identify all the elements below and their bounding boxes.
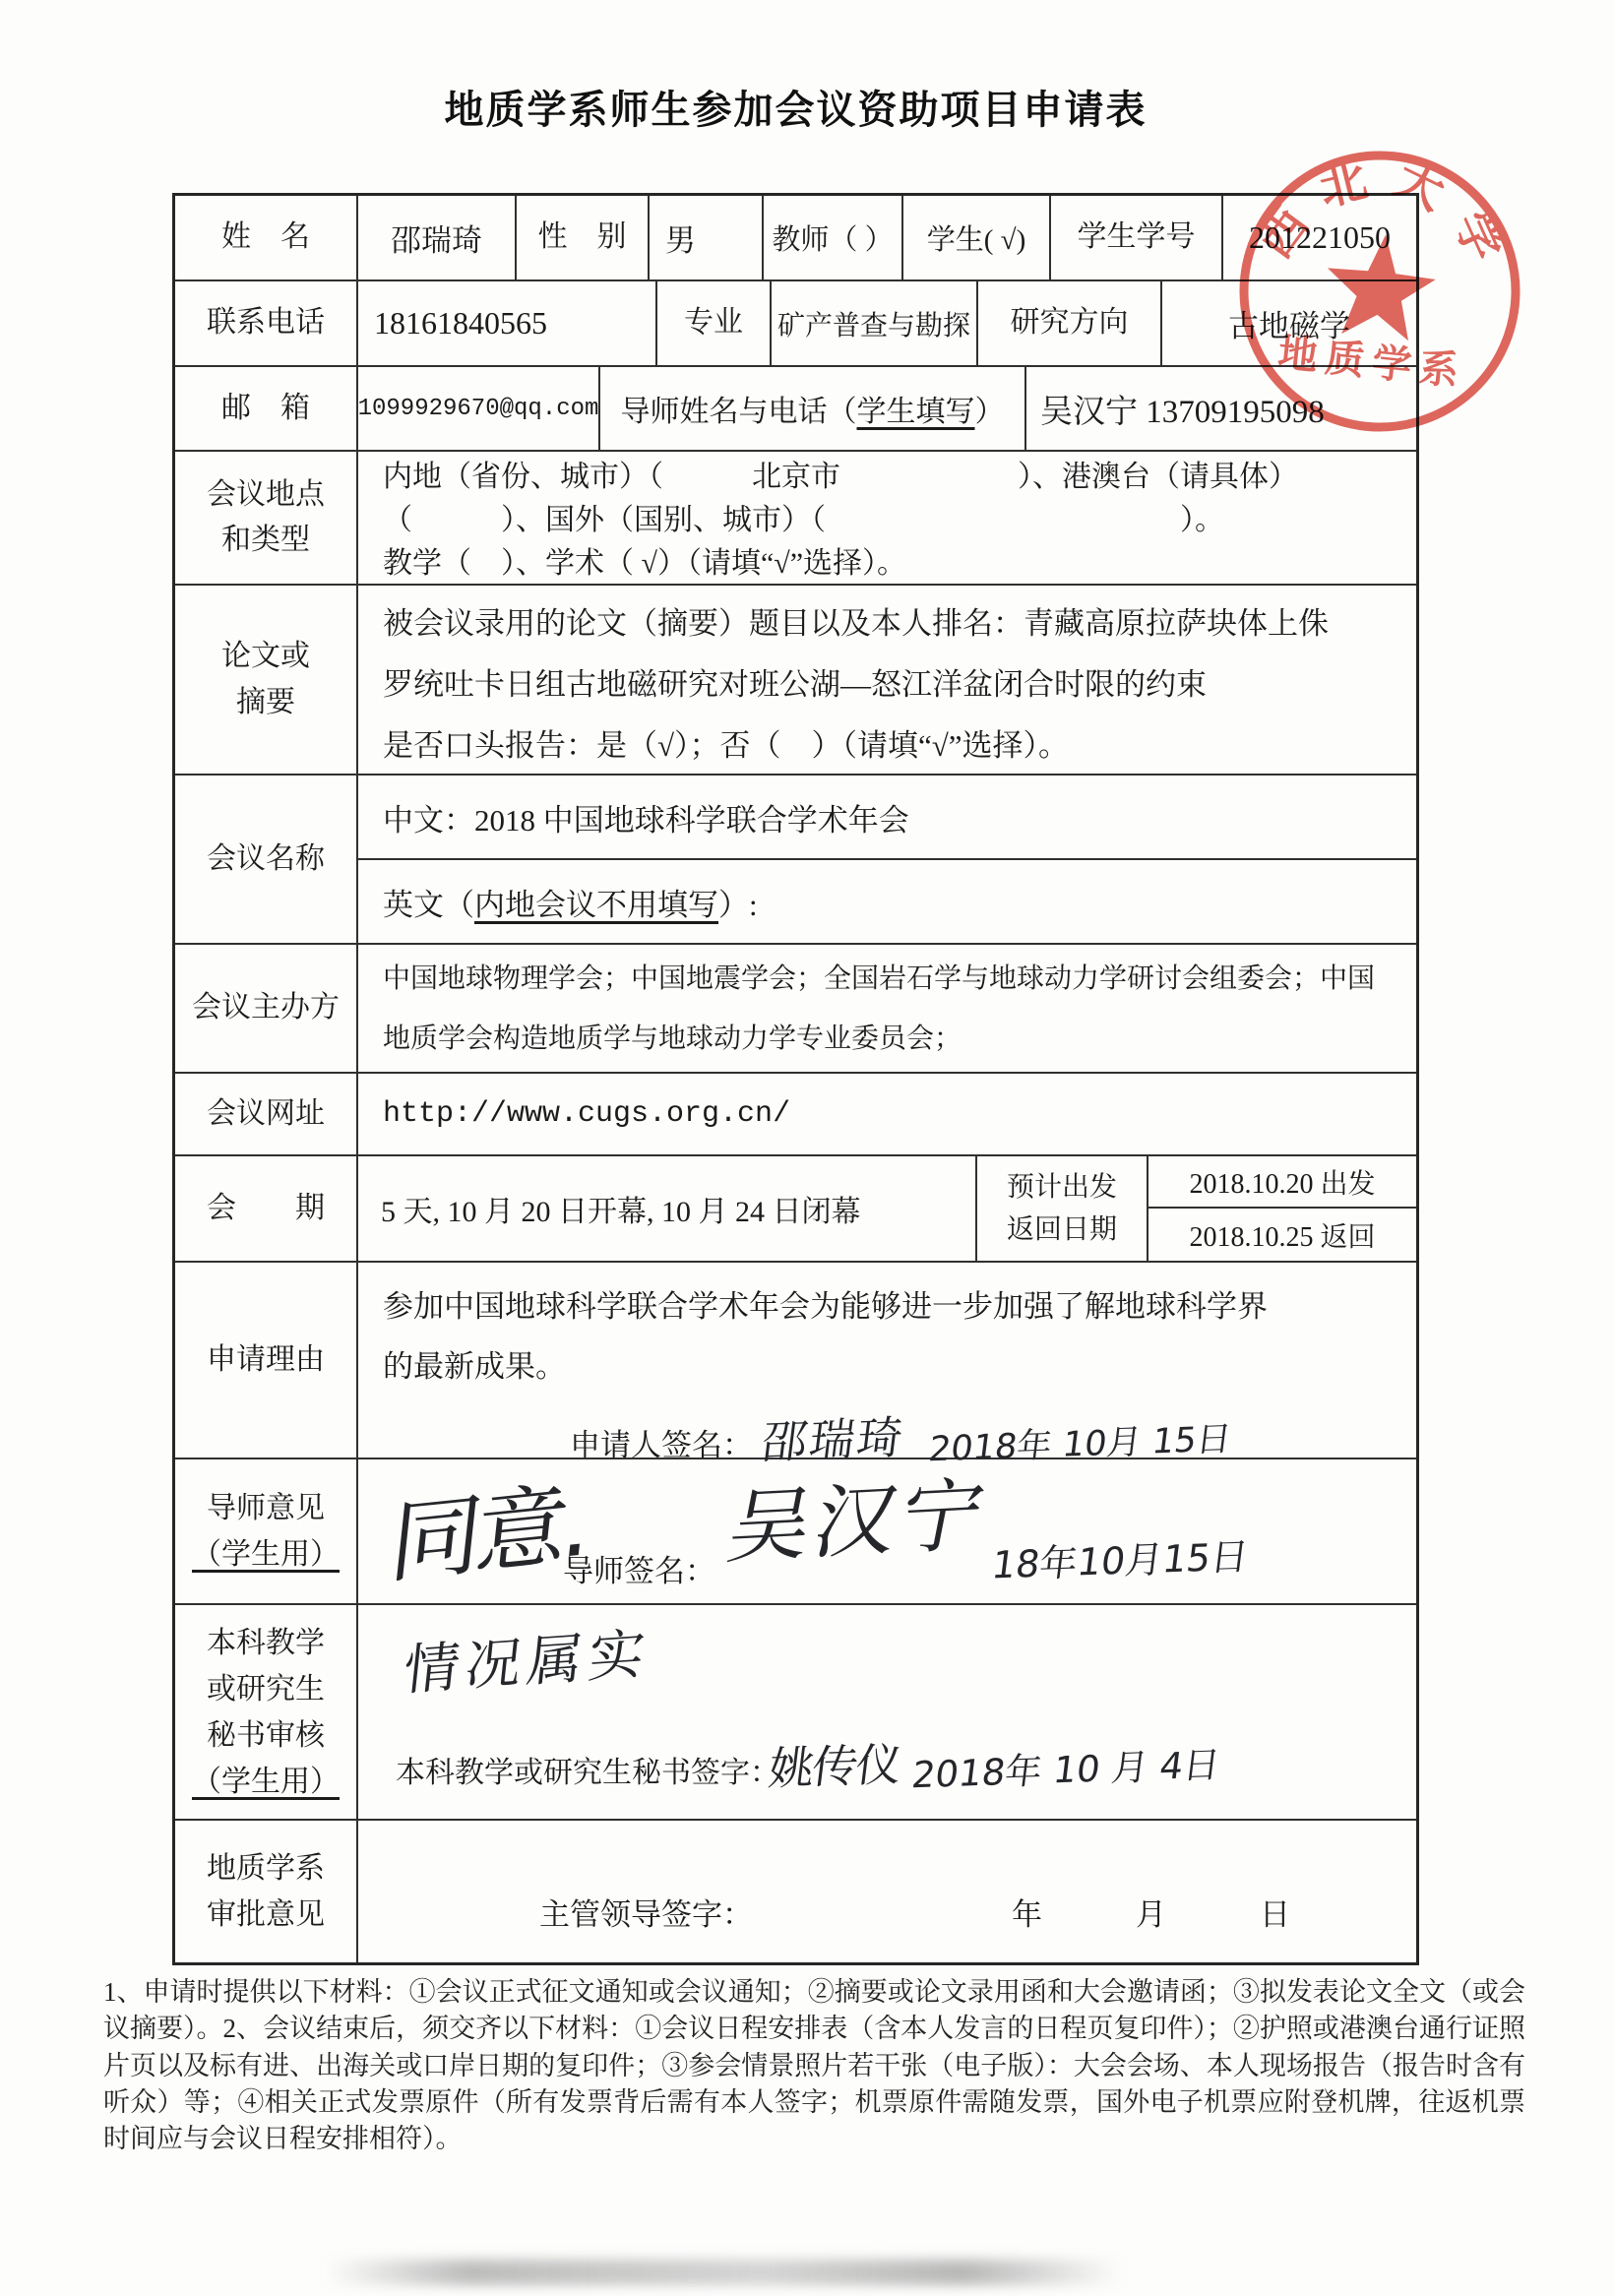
row-department-approval: 地质学系 审批意见 主管领导签字： 年 月 日	[175, 1821, 1416, 1962]
website-label: 会议网址	[175, 1074, 358, 1154]
reason-label: 申请理由	[175, 1263, 358, 1458]
type-line-teaching-academic: 教学（ ）、学术（ √）（请填“√”选择）。	[383, 542, 1406, 586]
major-value: 矿产普查与勘探	[772, 281, 978, 365]
form-title: 地质学系师生参加会议资助项目申请表	[172, 79, 1419, 135]
conference-name-content: 中文：2018 中国地球科学联合学术年会 英文（内地会议不用填写）:	[358, 776, 1416, 943]
row-location-type: 会议地点 和类型 内地（省份、城市）（ 北京市 ）、港澳台（请具体） （ ）、国…	[175, 452, 1416, 586]
leader-sign-label: 主管领导签字：	[539, 1890, 753, 1934]
en-label-pre: 英文（	[383, 880, 474, 924]
row-organizer: 会议主办方 中国地球物理学会；中国地震学会；全国岩石学与地球动力学研讨会组委会；…	[175, 945, 1416, 1074]
email-value: 1099929670@qq.com	[358, 367, 600, 450]
department-approval-label: 地质学系 审批意见	[175, 1821, 358, 1962]
phone-label: 联系电话	[175, 281, 358, 365]
student-id-value: 201221050	[1223, 196, 1416, 279]
phone-value: 18161840565	[358, 281, 657, 365]
secretary-review-label: 本科教学 或研究生 秘书审核 （学生用）	[175, 1605, 358, 1819]
direction-value: 古地磁学	[1162, 281, 1416, 365]
advisor-opinion-label-line1: 导师意见	[207, 1485, 325, 1531]
row-reason: 申请理由 参加中国地球科学联合学术年会为能够进一步加强了解地球科学界 的最新成果…	[175, 1263, 1416, 1459]
scan-smudge-artifact	[325, 2260, 1122, 2285]
row-schedule: 会 期 5 天, 10 月 20 日开幕, 10 月 24 日闭幕 预计出发 返…	[175, 1156, 1416, 1263]
travel-dates-label: 预计出发 返回日期	[977, 1156, 1148, 1261]
row-conference-name: 会议名称 中文：2018 中国地球科学联合学术年会 英文（内地会议不用填写）:	[175, 776, 1416, 945]
student-checkbox: 学生( √)	[903, 196, 1051, 279]
secretary-sign-label: 本科教学或研究生秘书签字：	[396, 1748, 779, 1791]
paper-abstract-label: 论文或 摘要	[175, 586, 358, 774]
organizer-value: 中国地球物理学会；中国地震学会；全国岩石学与地球动力学研讨会组委会；中国 地质学…	[358, 945, 1416, 1072]
department-approval-content: 主管领导签字： 年 月 日	[358, 1821, 1416, 1962]
location-type-content: 内地（省份、城市）（ 北京市 ）、港澳台（请具体） （ ）、国外（国别、城市）（…	[358, 452, 1416, 584]
travel-dates: 2018.10.20 出发 2018.10.25 返回	[1148, 1156, 1416, 1261]
reason-content: 参加中国地球科学联合学术年会为能够进一步加强了解地球科学界 的最新成果。 申请人…	[358, 1263, 1416, 1458]
secretary-signature: 姚传仪	[766, 1729, 904, 1799]
applicant-sign-label: 申请人签名：	[570, 1420, 753, 1464]
advisor-sign-label: 导师签名：	[563, 1546, 715, 1590]
advisor-opinion-label: 导师意见 （学生用）	[175, 1459, 358, 1603]
conference-name-cn: 中文：2018 中国地球科学联合学术年会	[358, 776, 1416, 860]
advisor-label-underlined: 学生填写	[857, 387, 975, 430]
reason-text: 参加中国地球科学联合学术年会为能够进一步加强了解地球科学界 的最新成果。	[383, 1276, 1406, 1396]
leader-sign-date-blank: 年 月 日	[1012, 1890, 1322, 1934]
website-value: http://www.cugs.org.cn/	[358, 1074, 1416, 1154]
advisor-opinion-label-line2: （学生用）	[192, 1531, 340, 1578]
row-name: 姓 名 邵瑞琦 性 别 男 教师（ ） 学生( √) 学生学号 20122105…	[175, 196, 1416, 281]
paper-title-line2: 罗统吐卡日组古地磁研究对班公湖—怒江洋盆闭合时限的约束	[383, 654, 1406, 715]
en-label-underlined: 内地会议不用填写	[474, 880, 718, 924]
secretary-label-line2: 或研究生	[207, 1666, 325, 1712]
student-id-label: 学生学号	[1051, 196, 1223, 279]
paper-abstract-content: 被会议录用的论文（摘要）题目以及本人排名：青藏高原拉萨块体上侏 罗统吐卡日组古地…	[358, 586, 1416, 774]
row-advisor-opinion: 导师意见 （学生用） 同意. 导师签名： 吴汉宁 18年10月15日	[175, 1459, 1416, 1605]
oral-report-line: 是否口头报告：是（√）；否（ ）（请填“√”选择）。	[383, 715, 1406, 776]
direction-label: 研究方向	[978, 281, 1162, 365]
schedule-label: 会 期	[175, 1156, 358, 1261]
email-label: 邮 箱	[175, 367, 358, 450]
row-paper-abstract: 论文或 摘要 被会议录用的论文（摘要）题目以及本人排名：青藏高原拉萨块体上侏 罗…	[175, 586, 1416, 776]
secretary-label-line4: （学生用）	[192, 1759, 340, 1805]
schedule-duration: 5 天, 10 月 20 日开幕, 10 月 24 日闭幕	[358, 1156, 977, 1261]
advisor-signature: 吴汉宁	[719, 1451, 999, 1579]
major-label: 专业	[657, 281, 772, 365]
secretary-note-handwriting: 情况属实	[401, 1610, 655, 1706]
name-label: 姓 名	[175, 196, 358, 279]
advisor-opinion-content: 同意. 导师签名： 吴汉宁 18年10月15日	[358, 1459, 1416, 1603]
en-label-post: ）:	[718, 880, 758, 924]
application-table: 姓 名 邵瑞琦 性 别 男 教师（ ） 学生( √) 学生学号 20122105…	[172, 193, 1419, 1965]
scanned-application-form: 地质学系师生参加会议资助项目申请表 姓 名 邵瑞琦 性 别 男 教师（ ） 学生…	[0, 0, 1614, 2296]
gender-label: 性 别	[517, 196, 650, 279]
advisor-label-post: ）	[975, 387, 1005, 430]
advisor-label: 导师姓名与电话（学生填写）	[600, 367, 1026, 450]
row-secretary-review: 本科教学 或研究生 秘书审核 （学生用） 情况属实 本科教学或研究生秘书签字： …	[175, 1605, 1416, 1821]
organizer-label: 会议主办方	[175, 945, 358, 1072]
advisor-label-pre: 导师姓名与电话（	[621, 387, 857, 430]
secretary-sign-date: 2018年 10 月 4日	[909, 1735, 1223, 1799]
secretary-label-line1: 本科教学	[207, 1620, 325, 1666]
secretary-review-content: 情况属实 本科教学或研究生秘书签字： 姚传仪 2018年 10 月 4日	[358, 1605, 1416, 1819]
name-value: 邵瑞琦	[358, 196, 517, 279]
paper-title-line1: 被会议录用的论文（摘要）题目以及本人排名：青藏高原拉萨块体上侏	[383, 593, 1406, 654]
row-website: 会议网址 http://www.cugs.org.cn/	[175, 1074, 1416, 1156]
department-label-line2: 审批意见	[207, 1892, 325, 1938]
secretary-sign-line: 本科教学或研究生秘书签字： 姚传仪 2018年 10 月 4日	[396, 1731, 1219, 1796]
depart-date: 2018.10.20 出发	[1148, 1156, 1416, 1209]
conference-name-en: 英文（内地会议不用填写）:	[358, 860, 1416, 943]
advisor-sign-date: 18年10月15日	[989, 1525, 1252, 1588]
advisor-value: 吴汉宁 13709195098	[1026, 367, 1416, 450]
location-line-abroad: （ ）、国外（国别、城市）（ ）。	[383, 499, 1406, 542]
teacher-checkbox: 教师（ ）	[764, 196, 903, 279]
secretary-label-line3: 秘书审核	[207, 1712, 325, 1759]
return-date: 2018.10.25 返回	[1148, 1209, 1416, 1261]
gender-value: 男	[650, 196, 764, 279]
department-label-line1: 地质学系	[207, 1845, 325, 1892]
row-phone: 联系电话 18161840565 专业 矿产普查与勘探 研究方向 古地磁学	[175, 281, 1416, 367]
footer-notes: 1、申请时提供以下材料：①会议正式征文通知或会议通知；②摘要或论文录用函和大会邀…	[103, 1974, 1525, 2157]
conference-name-label: 会议名称	[175, 776, 358, 943]
location-line-mainland: 内地（省份、城市）（ 北京市 ）、港澳台（请具体）	[383, 456, 1406, 499]
row-email: 邮 箱 1099929670@qq.com 导师姓名与电话（学生填写） 吴汉宁 …	[175, 367, 1416, 452]
location-type-label: 会议地点 和类型	[175, 452, 358, 584]
